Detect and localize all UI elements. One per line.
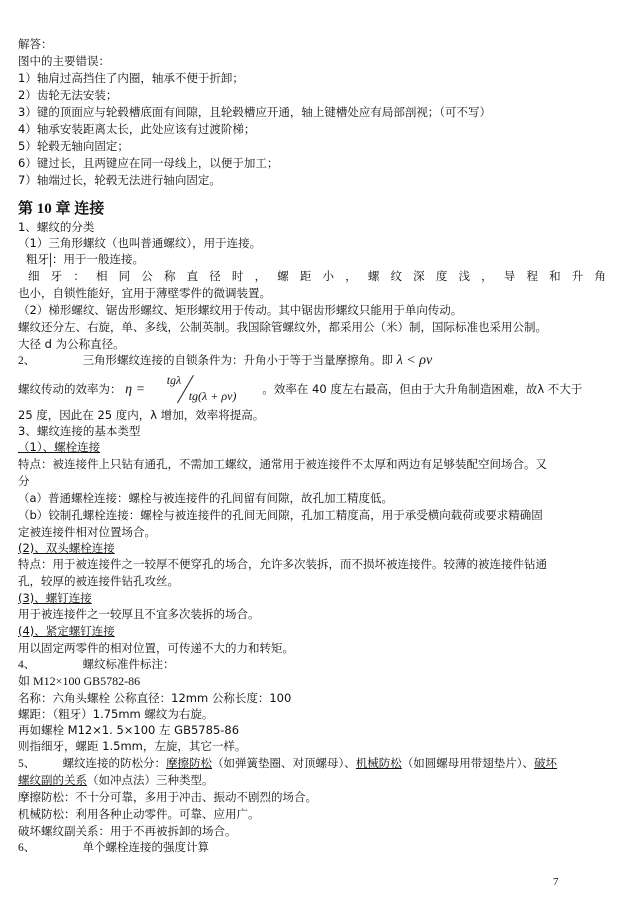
answer-title: 解答：	[18, 36, 53, 53]
section-3-heading: 3、螺纹连接的基本类型	[18, 423, 140, 440]
section-4-num: 4、	[18, 659, 35, 671]
anti-loosening-line: 5、 螺纹连接的防松分：摩擦防松（如弹簧垫圈、对顶螺母）、机械防松（如圆螺母用带…	[18, 755, 557, 772]
screw-connection-text: 用于被连接件之一较厚且不宜多次装拆的场合。	[18, 606, 260, 623]
fraction-numerator: tgλ	[167, 373, 182, 387]
self-lock-text: 三角形螺纹连接的自锁条件为：升角小于等于当量摩擦角。即	[83, 353, 394, 367]
example-2: 再如螺栓 M12×1. 5×100 左 GB5785-86	[18, 722, 239, 739]
anti-loosening-cont: 螺纹副的关系（如冲点法）三种类型。	[18, 772, 214, 789]
eta-symbol: η =	[125, 382, 145, 397]
friction-locking-desc: 摩擦防松：不十分可靠，多用于冲击、振动不剧烈的场合。	[18, 789, 317, 806]
char: ：	[73, 268, 85, 285]
answer-subtitle: 图中的主要错误：	[18, 53, 110, 70]
anti-loosening-lead: 螺纹连接的防松分：	[63, 756, 167, 770]
char: 直	[187, 268, 199, 285]
char: 时	[232, 268, 244, 285]
destructive-locking-desc: 破坏螺纹副关系：用于不再被拆卸的场合。	[18, 823, 237, 840]
section-6-num: 6、	[18, 842, 35, 854]
efficiency-cont: 25 度，因此在 25 度内，λ 增加，效率将提高。	[18, 407, 264, 424]
char: 浅	[458, 268, 470, 285]
char: 称	[164, 268, 176, 285]
section-1-p1: （1）三角形螺纹（也叫普通螺纹），用于连接。	[18, 235, 261, 252]
char: 导	[504, 268, 516, 285]
bolt-connection-b: （b）铰制孔螺栓连接：螺栓与被连接件的孔间无间隙，孔加工精度高，用于承受横向载荷…	[18, 507, 543, 524]
coarse-text: ：用于一般连接。	[52, 252, 144, 266]
char: 螺	[277, 268, 289, 285]
efficiency-text: 。效率在 40 度左右最高，但由于大升角制造困难，故λ 不大于	[262, 382, 582, 396]
char: 牙	[51, 268, 63, 285]
char: 小	[323, 268, 335, 285]
section-5-num: 5、	[18, 758, 35, 770]
stud-connection-text: 特点：用于被连接件之一较厚不便穿孔的场合，允许多次装拆，而不损坏被连接件。较薄的…	[18, 556, 547, 573]
set-screw-text: 用以固定两零件的相对位置，可传递不大的力和转矩。	[18, 640, 294, 657]
char: 程	[526, 268, 538, 285]
example-1-desc: 名称：六角头螺栓 公称直径：12mm 公称长度：100	[18, 690, 291, 707]
error-item-7: 7）轴端过长，轮毂无法进行轴向固定。	[18, 172, 221, 189]
error-item-1: 1）轴肩过高挡住了内圈，轴承不便于折卸；	[18, 70, 244, 87]
coarse-thread-line: 粗牙：用于一般连接。	[26, 251, 144, 268]
char: 螺	[368, 268, 380, 285]
fraction-denominator: tg(λ + ρv)	[189, 389, 237, 403]
stud-connection-cont: 孔，较厚的被连接件钻孔攻丝。	[18, 573, 179, 590]
char: 纹	[391, 268, 403, 285]
coarse-label: 粗牙	[26, 252, 49, 266]
section-6-line: 6、 单个螺栓连接的强度计算	[18, 839, 209, 856]
section-2-num: 2、	[18, 355, 35, 367]
section-1-p3: 螺纹还分左、右旋，单、多线，公制英制。我国除管螺纹外，都采用公（米）制，国际标准…	[18, 319, 547, 336]
example-2-desc: 则指细牙，螺距 1.5mm，左旋，其它一样。	[18, 738, 246, 755]
char: 和	[549, 268, 561, 285]
error-item-6: 6）键过长，且两键应在同一母线上，以便于加工；	[18, 155, 278, 172]
example-1-pitch: 螺距：（粗牙）1.75mm 螺纹为右旋。	[18, 706, 213, 723]
fine-thread-cont: 也小，自锁性能好，宜用于薄壁零件的微调装置。	[18, 285, 271, 302]
friction-locking: 摩擦防松	[166, 756, 212, 770]
char: 距	[300, 268, 312, 285]
section-1-p2: （2）梯形螺纹、锯齿形螺纹、矩形螺纹用于传动。其中锯齿形螺纹只能用于单向传动。	[18, 302, 462, 319]
destructive-locking-a: 破坏	[534, 756, 557, 770]
char: ，	[481, 268, 493, 285]
bolt-connection-cont: 分	[18, 473, 30, 490]
char: 细	[28, 268, 40, 285]
char: 相	[96, 268, 108, 285]
friction-locking-note: （如弹簧垫圈、对顶螺母）、	[212, 756, 356, 770]
bolt-connection-text: 特点：被连接件上只钻有通孔，不需加工螺纹，通常用于被连接件不太厚和两边有足够装配…	[18, 456, 547, 473]
destructive-locking-b: 螺纹副的关系	[18, 773, 87, 787]
char: 升	[572, 268, 584, 285]
section-4-line: 4、 螺纹标准件标注：	[18, 656, 175, 673]
efficiency-label: 螺纹传动的效率为：	[18, 382, 122, 396]
char: ，	[255, 268, 267, 285]
bolt-connection-title: （1）、螺栓连接	[18, 439, 100, 456]
char: 公	[141, 268, 153, 285]
text-cursor	[50, 253, 51, 267]
char: 深	[413, 268, 425, 285]
mechanical-locking-desc: 机械防松：利用各种止动零件。可靠、应用广。	[18, 806, 260, 823]
fine-thread-line: 细 牙 ： 相 同 公 称 直 径 时 ， 螺 距 小 ， 螺 纹 深 度 浅 …	[28, 268, 606, 285]
efficiency-fraction: tgλ tg(λ + ρv)	[149, 375, 259, 405]
section-6-heading: 单个螺栓连接的强度计算	[83, 840, 210, 854]
page-number: 7	[553, 876, 559, 888]
char: ，	[345, 268, 357, 285]
char: 度	[436, 268, 448, 285]
self-lock-formula: λ < ρv	[397, 353, 432, 368]
screw-connection-title: (3)、螺钉连接	[18, 590, 92, 607]
bolt-connection-a: （a）普通螺栓连接：螺栓与被连接件的孔间留有间隙，故孔加工精度低。	[18, 490, 393, 507]
error-item-4: 4）轴承安装距离太长，此处应该有过渡阶梯；	[18, 121, 255, 138]
error-item-5: 5）轮毂无轴向固定；	[18, 138, 129, 155]
error-item-3: 3）键的顶面应与轮毂槽底面有间隙，且轮毂槽应开通，轴上键槽处应有局部剖视；（可不…	[18, 104, 491, 121]
mechanical-locking: 机械防松	[356, 756, 402, 770]
bolt-connection-b-cont: 定被连接件相对位置场合。	[18, 524, 156, 541]
section-1-heading: 1、螺纹的分类	[18, 219, 94, 236]
error-item-2: 2）齿轮无法安装；	[18, 87, 117, 104]
destructive-locking-note: （如冲点法）三种类型。	[87, 773, 214, 787]
mechanical-locking-note: （如圆螺母用带翅垫片）、	[402, 756, 534, 770]
chapter-title: 第 10 章 连接	[18, 199, 104, 219]
self-lock-line: 2、 三角形螺纹连接的自锁条件为：升角小于等于当量摩擦角。即 λ < ρv	[18, 350, 432, 370]
stud-connection-title: (2)、双头螺栓连接	[18, 540, 115, 557]
efficiency-line: 螺纹传动的效率为： η = tgλ tg(λ + ρv) 。效率在 40 度左右…	[18, 372, 582, 406]
char: 同	[119, 268, 131, 285]
char: 角	[594, 268, 606, 285]
set-screw-title: (4)、紧定螺钉连接	[18, 623, 115, 640]
section-4-heading: 螺纹标准件标注：	[83, 657, 175, 671]
char: 径	[209, 268, 221, 285]
example-1: 如 M12×100 GB5782-86	[18, 673, 140, 690]
